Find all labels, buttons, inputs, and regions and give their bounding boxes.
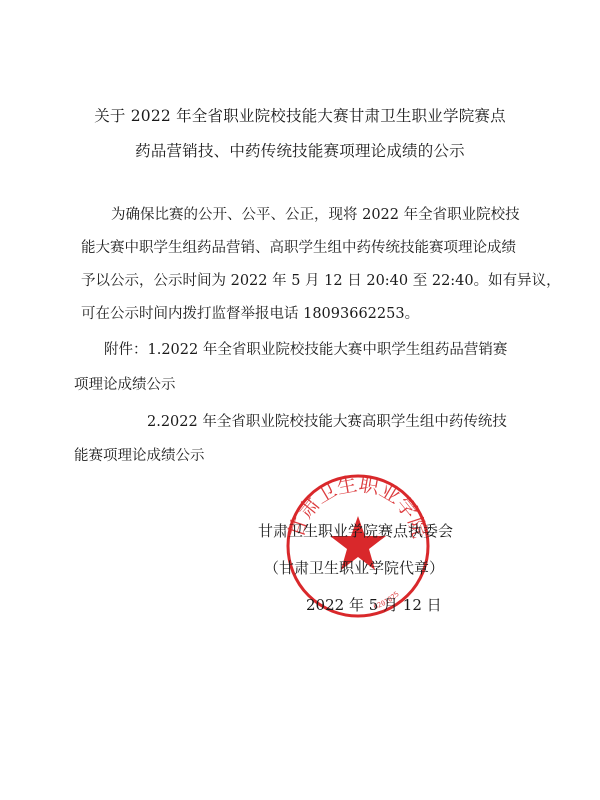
body-line-1: 为确保比赛的公开、公平、公正，现将 2022 年全省职业院校技 (111, 203, 520, 224)
document-title-line-1: 关于 2022 年全省职业院校技能大赛甘肃卫生职业学院赛点 (0, 104, 600, 126)
body-line-3: 予以公示，公示时间为 2022 年 5 月 12 日 20:40 至 22:40… (81, 269, 561, 290)
attachment-2-line-2: 能赛项理论成绩公示 (74, 444, 205, 465)
attachment-2-line-1: 2.2022 年全省职业院校技能大赛高职学生组中药传统技 (147, 410, 507, 431)
body-line-2: 能大赛中职学生组药品营销、高职学生组中药传统技能赛项理论成绩 (81, 236, 516, 257)
signature-seal-note: （甘肃卫生职业学院代章） (264, 557, 444, 578)
attachment-1-line-1: 附件：1.2022 年全省职业院校技能大赛中职学生组药品营销赛 (104, 338, 507, 359)
signature-date: 2022 年 5 月 12 日 (306, 594, 442, 615)
attachment-1-line-2: 项理论成绩公示 (74, 373, 176, 394)
signature-organization: 甘肃卫生职业学院赛点执委会 (258, 520, 453, 541)
document-title-line-2: 药品营销技、中药传统技能赛项理论成绩的公示 (0, 139, 600, 161)
body-line-4: 可在公示时间内拨打监督举报电话 18093662253。 (81, 302, 419, 323)
